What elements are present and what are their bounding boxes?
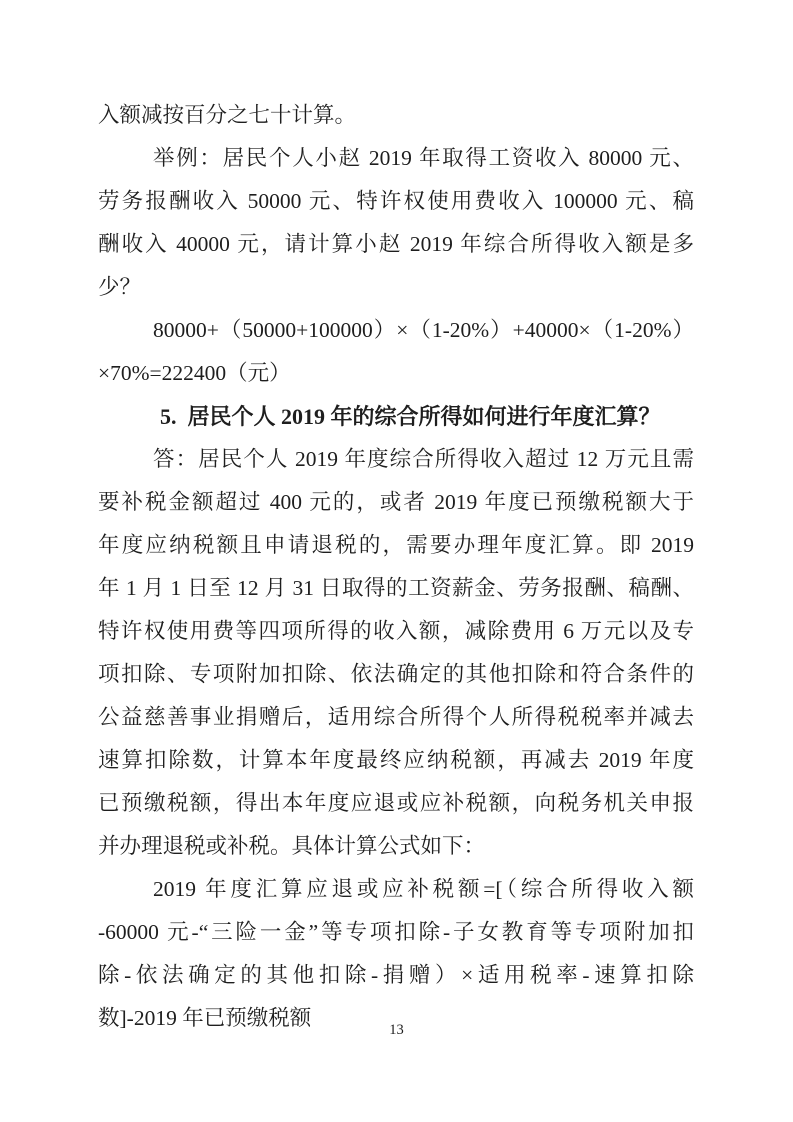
document-line: 项扣除、专项附加扣除、依法确定的其他扣除和符合条件的 — [98, 653, 694, 696]
document-line: 酬收入 40000 元，请计算小赵 2019 年综合所得收入额是多 — [98, 223, 694, 266]
document-line: 2019 年度汇算应退或应补税额=[（综合所得收入额 — [98, 868, 694, 911]
document-line: 年度应纳税额且申请退税的，需要办理年度汇算。即 2019 — [98, 524, 694, 567]
document-line: 举例：居民个人小赵 2019 年取得工资收入 80000 元、 — [98, 137, 694, 180]
document-line: ×70%=222400（元） — [98, 352, 694, 395]
document-line: 速算扣除数，计算本年度最终应纳税额，再减去 2019 年度 — [98, 739, 694, 782]
section-heading: 5. 居民个人 2019 年的综合所得如何进行年度汇算？ — [98, 395, 694, 438]
document-line: 答：居民个人 2019 年度综合所得收入超过 12 万元且需 — [98, 438, 694, 481]
document-line: 年 1 月 1 日至 12 月 31 日取得的工资薪金、劳务报酬、稿酬、 — [98, 567, 694, 610]
document-page: 入额减按百分之七十计算。举例：居民个人小赵 2019 年取得工资收入 80000… — [0, 0, 793, 1122]
document-line: 已预缴税额，得出本年度应退或应补税额，向税务机关申报 — [98, 782, 694, 825]
document-line: 特许权使用费等四项所得的收入额，减除费用 6 万元以及专 — [98, 610, 694, 653]
document-body: 入额减按百分之七十计算。举例：居民个人小赵 2019 年取得工资收入 80000… — [98, 94, 694, 1040]
page-number: 13 — [0, 1022, 793, 1039]
document-line: 要补税金额超过 400 元的，或者 2019 年度已预缴税额大于 — [98, 481, 694, 524]
document-line: 80000+（50000+100000）×（1-20%）+40000×（1-20… — [98, 309, 694, 352]
document-line: 少？ — [98, 266, 694, 309]
document-line: 入额减按百分之七十计算。 — [98, 94, 694, 137]
document-line: 劳务报酬收入 50000 元、特许权使用费收入 100000 元、稿 — [98, 180, 694, 223]
document-line: 公益慈善事业捐赠后，适用综合所得个人所得税税率并减去 — [98, 696, 694, 739]
document-line: -60000 元-“三险一金”等专项扣除-子女教育等专项附加扣 — [98, 911, 694, 954]
document-line: 除-依法确定的其他扣除-捐赠）×适用税率-速算扣除 — [98, 954, 694, 997]
document-line: 并办理退税或补税。具体计算公式如下： — [98, 825, 694, 868]
